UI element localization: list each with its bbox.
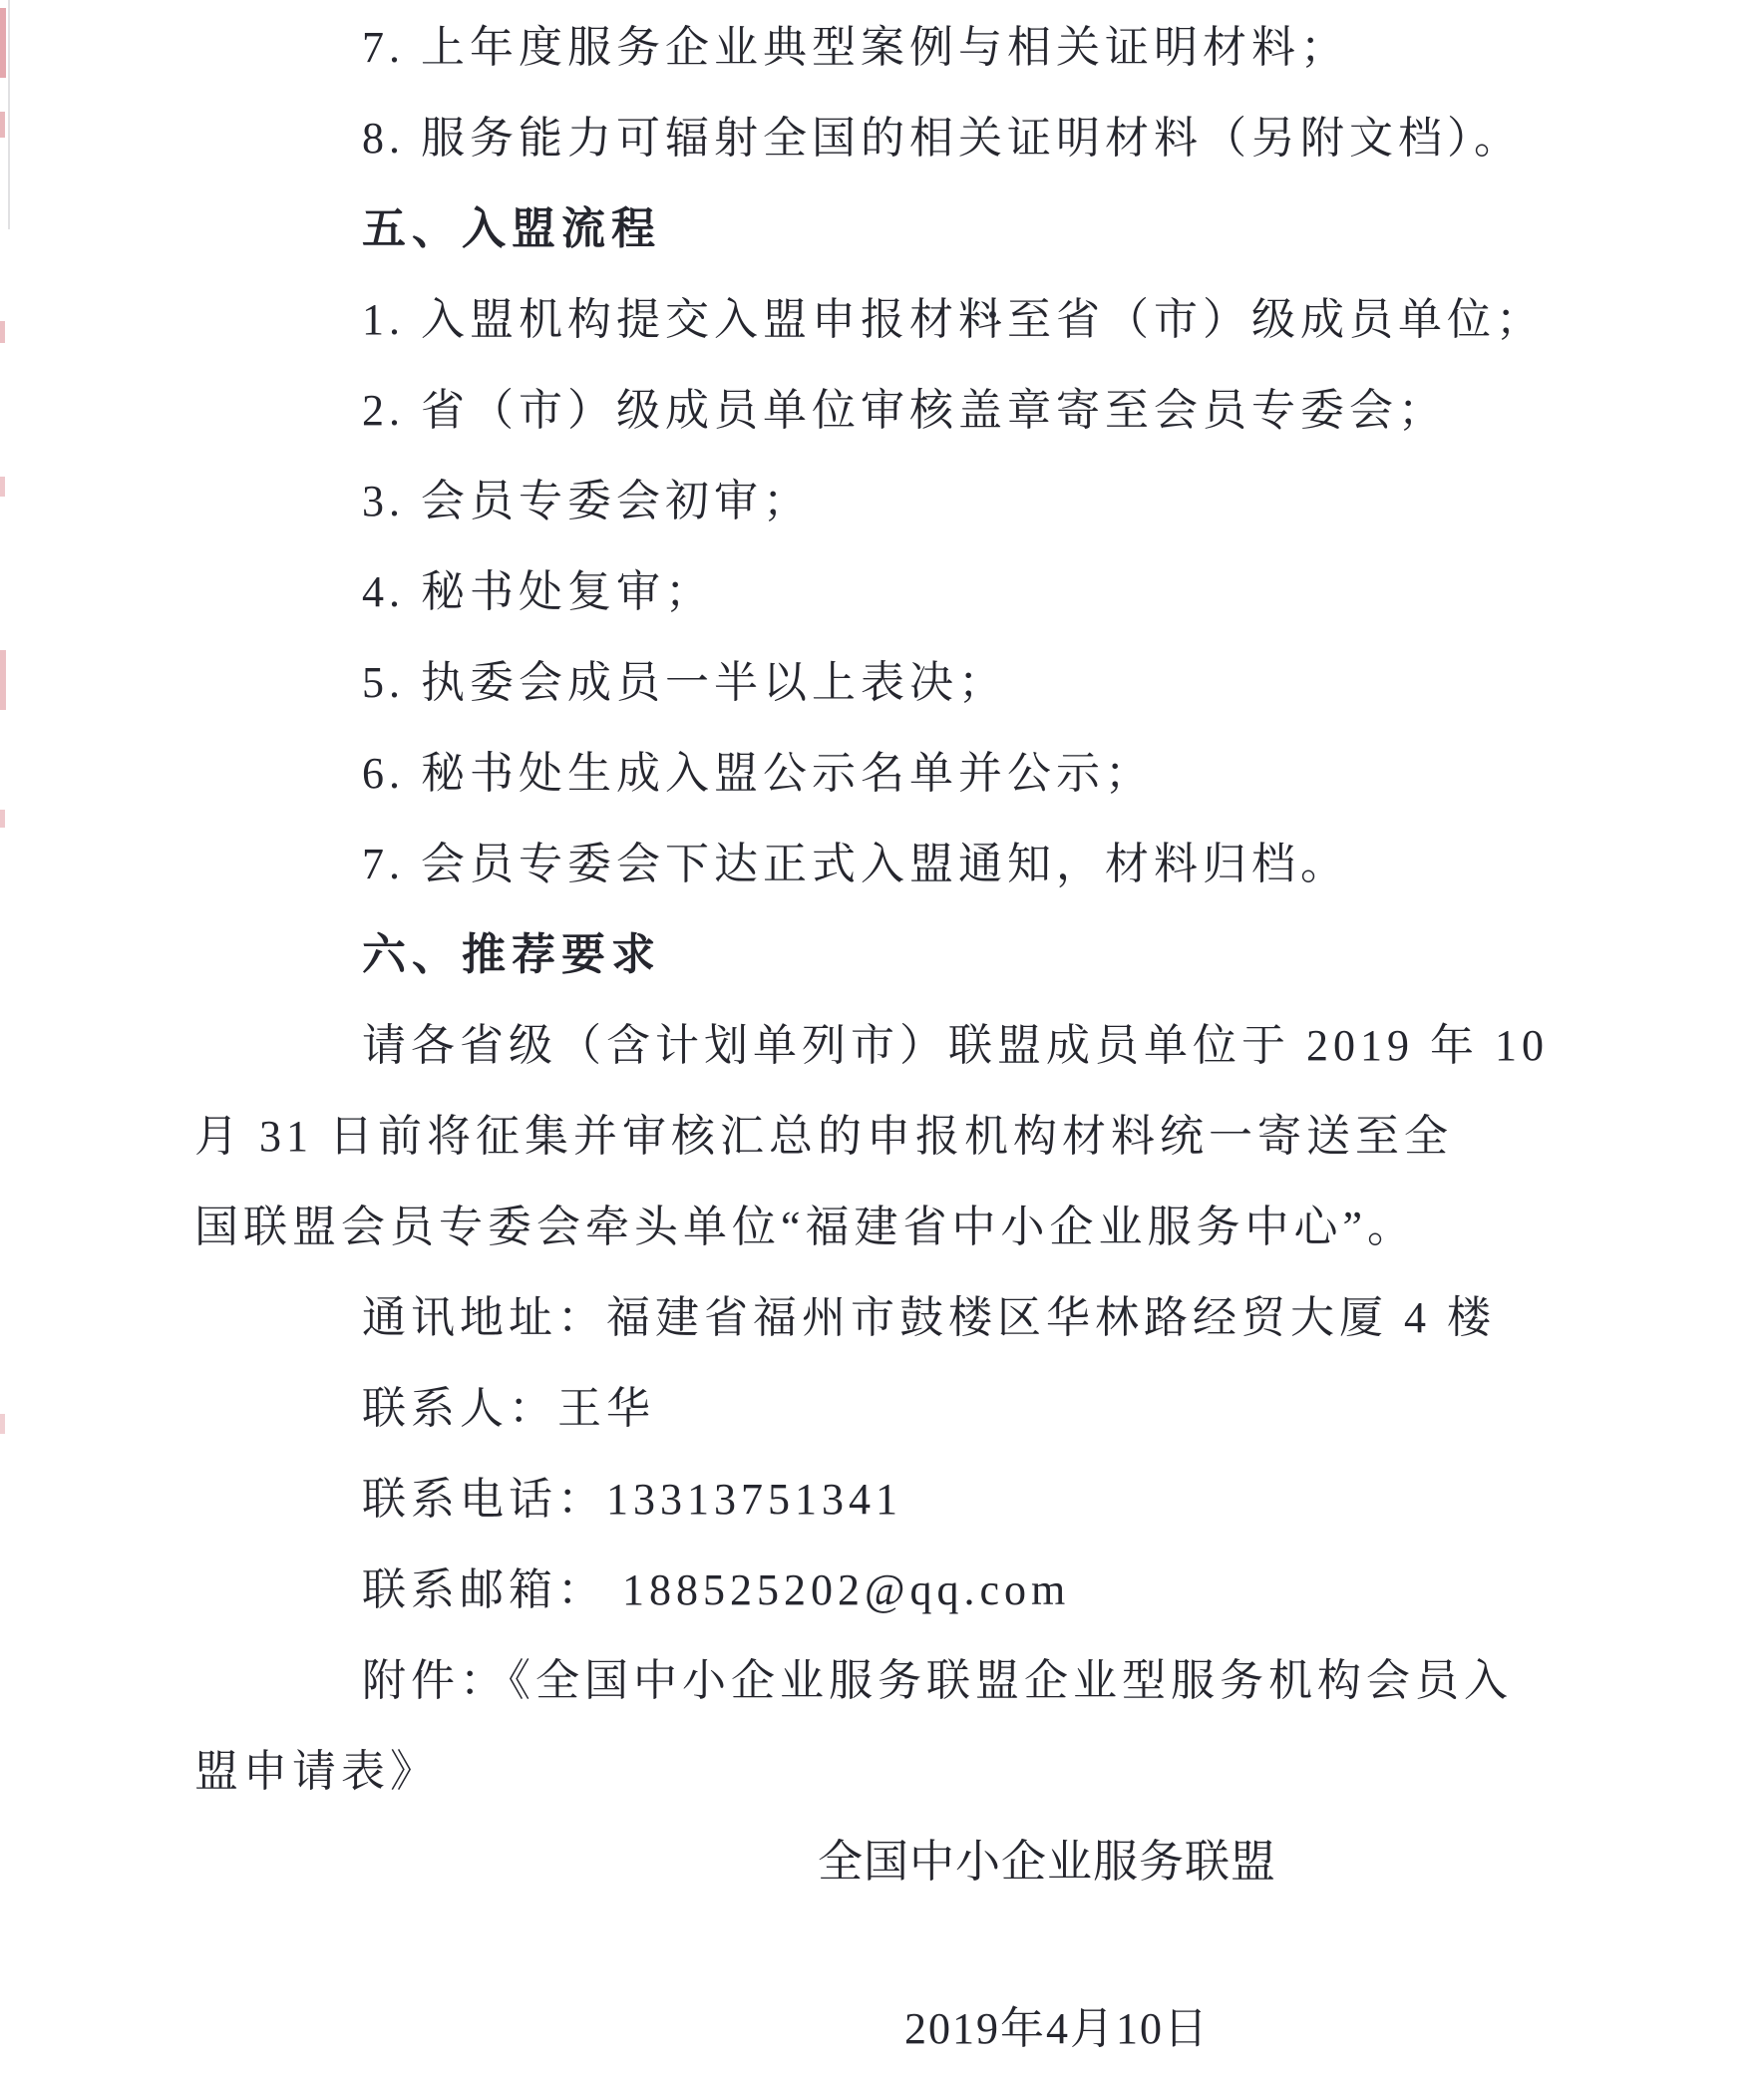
section-heading-6: 六、推荐要求	[362, 909, 1704, 1000]
process-step-2: 2. 省（市）级成员单位审核盖章寄至会员专委会；	[362, 365, 1704, 456]
document-body: 7. 上年度服务企业典型案例与相关证明材料； 8. 服务能力可辐射全国的相关证明…	[194, 2, 1704, 2073]
scan-edge-artifact	[0, 477, 5, 497]
scan-edge-artifact	[0, 112, 5, 138]
signature-date: 2019年4月10日	[904, 1983, 1704, 2073]
process-step-1: 1. 入盟机构提交入盟申报材料至省（市）级成员单位；	[362, 274, 1704, 365]
scan-edge-artifact	[0, 810, 5, 828]
process-step-5: 5. 执委会成员一半以上表决；	[362, 637, 1704, 728]
signature-org: 全国中小企业服务联盟	[818, 1817, 1704, 1907]
section-heading-5: 五、入盟流程	[362, 183, 1704, 274]
contact-phone: 联系电话：13313751341	[362, 1454, 1704, 1545]
contact-address: 通讯地址：福建省福州市鼓楼区华林路经贸大厦 4 楼	[362, 1272, 1704, 1363]
paragraph-line-1: 请各省级（含计划单列市）联盟成员单位于 2019 年 10	[362, 1000, 1704, 1091]
scan-edge-artifact	[0, 8, 6, 78]
scanned-document-page: 7. 上年度服务企业典型案例与相关证明材料； 8. 服务能力可辐射全国的相关证明…	[0, 0, 1764, 2073]
process-step-7: 7. 会员专委会下达正式入盟通知，材料归档。	[362, 819, 1704, 909]
attachment-line-1: 附件：《全国中小企业服务联盟企业型服务机构会员入	[362, 1635, 1704, 1726]
process-step-4: 4. 秘书处复审；	[362, 546, 1704, 637]
list-item-8: 8. 服务能力可辐射全国的相关证明材料（另附文档）。	[362, 93, 1704, 183]
scan-edge-artifact	[0, 321, 5, 343]
paragraph-line-2: 月 31 日前将征集并审核汇总的申报机构材料统一寄送至全	[194, 1091, 1704, 1182]
process-step-3: 3. 会员专委会初审；	[362, 456, 1704, 546]
scan-edge-artifact	[0, 650, 6, 710]
list-item-7: 7. 上年度服务企业典型案例与相关证明材料；	[362, 2, 1704, 93]
scan-edge-artifact	[8, 0, 10, 229]
paragraph-line-3: 国联盟会员专委会牵头单位“福建省中小企业服务中心”。	[194, 1182, 1704, 1272]
attachment-line-2: 盟申请表》	[194, 1726, 1704, 1817]
process-step-6: 6. 秘书处生成入盟公示名单并公示；	[362, 728, 1704, 819]
contact-person: 联系人：王华	[362, 1363, 1704, 1454]
contact-email: 联系邮箱： 188525202@qq.com	[362, 1545, 1704, 1635]
scan-edge-artifact	[0, 1414, 5, 1434]
